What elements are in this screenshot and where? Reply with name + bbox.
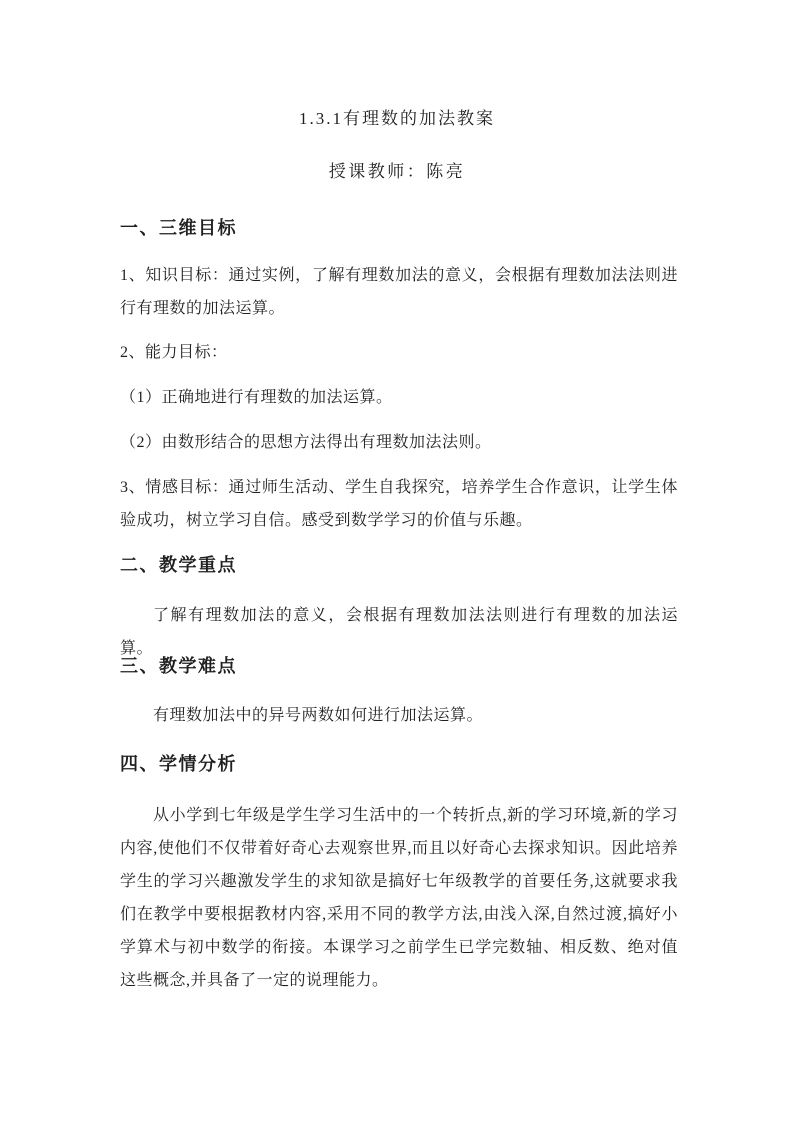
paragraph-emotion-goal: 3、情感目标：通过师生活动、学生自我探究，培养学生合作意识，让学生体验成功，树立… (120, 471, 678, 537)
section-heading-learner-analysis: 四、学情分析 (120, 750, 680, 776)
section-heading-teaching-focus: 二、教学重点 (120, 551, 680, 577)
paragraph-ability-goal-item-1: （1）正确地进行有理数的加法运算。 (120, 381, 678, 414)
section-heading-teaching-difficulty: 三、教学难点 (120, 652, 680, 678)
document-byline: 授课教师：陈亮 (0, 157, 794, 182)
document-title: 1.3.1有理数的加法教案 (0, 104, 794, 129)
paragraph-ability-goal: 2、能力目标： (120, 336, 678, 369)
paragraph-ability-goal-item-2: （2）由数形结合的思想方法得出有理数加法法则。 (120, 426, 678, 459)
paragraph-knowledge-goal: 1、知识目标：通过实例，了解有理数加法的意义，会根据有理数加法法则进行有理数的加… (120, 259, 678, 325)
paragraph-teaching-difficulty: 有理数加法中的异号两数如何进行加法运算。 (120, 699, 678, 732)
document-page: 1.3.1有理数的加法教案 授课教师：陈亮 一、三维目标 1、知识目标：通过实例… (0, 0, 794, 1123)
paragraph-learner-analysis: 从小学到七年级是学生学习生活中的一个转折点,新的学习环境,新的学习内容,使他们不… (120, 799, 678, 997)
section-heading-three-dimensional-goals: 一、三维目标 (120, 214, 680, 240)
